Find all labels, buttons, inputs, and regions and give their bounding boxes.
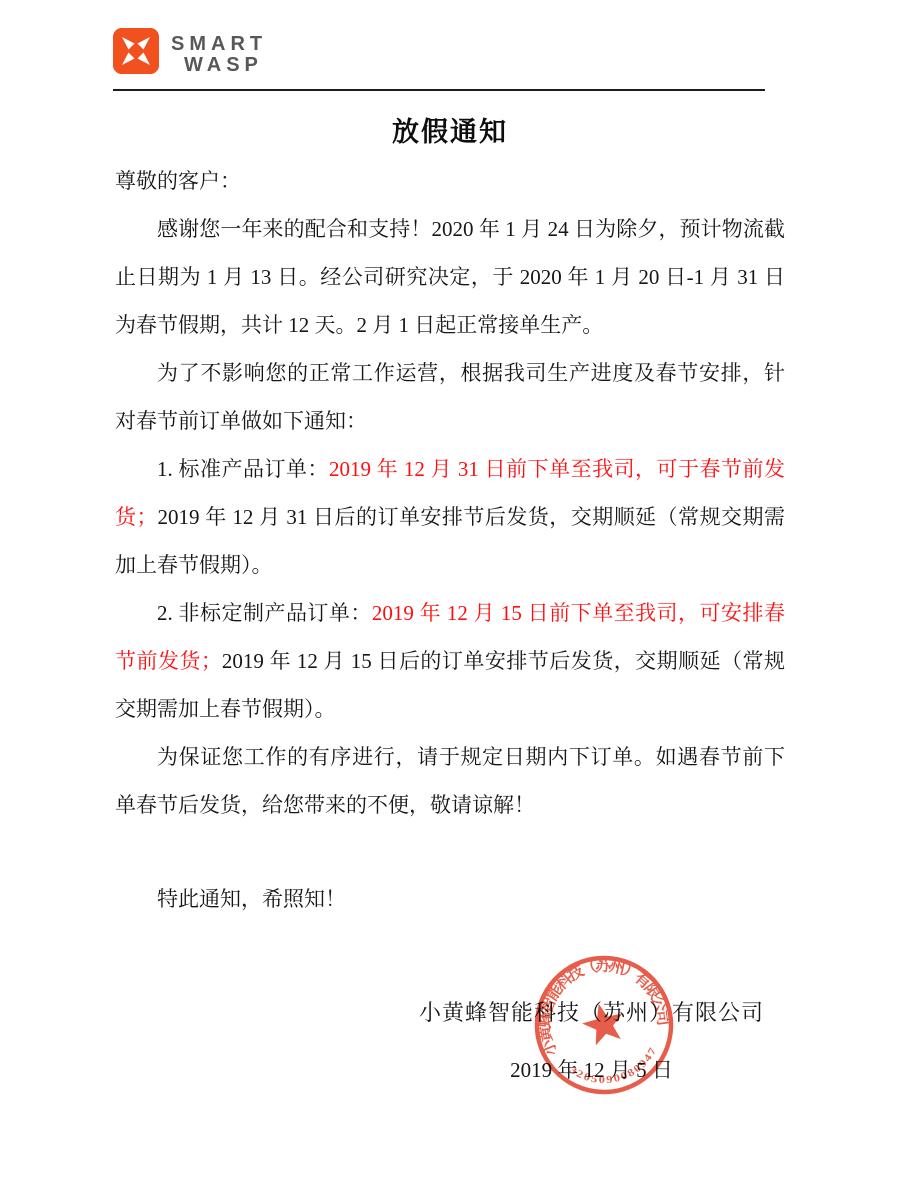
body-text: 为了不影响您的正常工作运营，根据我司生产进度及春节安排，针对春节前订单做如下通知…: [115, 361, 785, 433]
notice-body: 尊敬的客户：感谢您一年来的配合和支持！2020 年 1 月 24 日为除夕，预计…: [115, 157, 785, 923]
company-logo: SMART WASP: [113, 28, 267, 76]
holiday-notice-document: SMART WASP 放假通知 尊敬的客户：感谢您一年来的配合和支持！2020 …: [0, 0, 900, 1197]
page-title: 放假通知: [115, 110, 785, 149]
header-divider: [113, 89, 765, 91]
paragraph-standard-orders: 1. 标准产品订单：2019 年 12 月 31 日前下单至我司，可于春节前发货…: [115, 445, 785, 589]
body-text: 1. 标准产品订单：: [157, 457, 329, 481]
paragraph-holiday-dates: 感谢您一年来的配合和支持！2020 年 1 月 24 日为除夕，预计物流截止日期…: [115, 205, 785, 349]
body-text: 特此通知，希照知！: [157, 887, 346, 911]
signature-date: 2019 年 12 月 5 日: [419, 1054, 764, 1084]
paragraph-apology: 为保证您工作的有序进行，请于规定日期内下订单。如遇春节前下单春节后发货，给您带来…: [115, 733, 785, 829]
logo-line2: WASP: [184, 55, 267, 76]
body-text: 尊敬的客户：: [115, 169, 241, 193]
signature-company: 小黄蜂智能科技（苏州）有限公司: [419, 996, 764, 1027]
smartwasp-pinwheel-icon: [113, 28, 159, 74]
paragraph-custom-orders: 2. 非标定制产品订单：2019 年 12 月 15 日前下单至我司，可安排春节…: [115, 589, 785, 733]
logo-wordmark: SMART WASP: [171, 34, 267, 76]
paragraph-order-notice-intro: 为了不影响您的正常工作运营，根据我司生产进度及春节安排，针对春节前订单做如下通知…: [115, 349, 785, 445]
signature-block: 小黄蜂智能科技（苏州）有限公司 2019 年 12 月 5 日: [419, 996, 764, 1084]
body-text: 2019 年 12 月 31 日后的订单安排节后发货，交期顺延（常规交期需加上春…: [115, 505, 785, 577]
salutation: 尊敬的客户：: [115, 157, 785, 205]
body-text: 2. 非标定制产品订单：: [157, 601, 372, 625]
body-text: 为保证您工作的有序进行，请于规定日期内下订单。如遇春节前下单春节后发货，给您带来…: [115, 745, 785, 817]
paragraph-closing: 特此通知，希照知！: [115, 875, 785, 923]
logo-line1: SMART: [171, 34, 267, 55]
body-text: 感谢您一年来的配合和支持！2020 年 1 月 24 日为除夕，预计物流截止日期…: [115, 217, 785, 337]
